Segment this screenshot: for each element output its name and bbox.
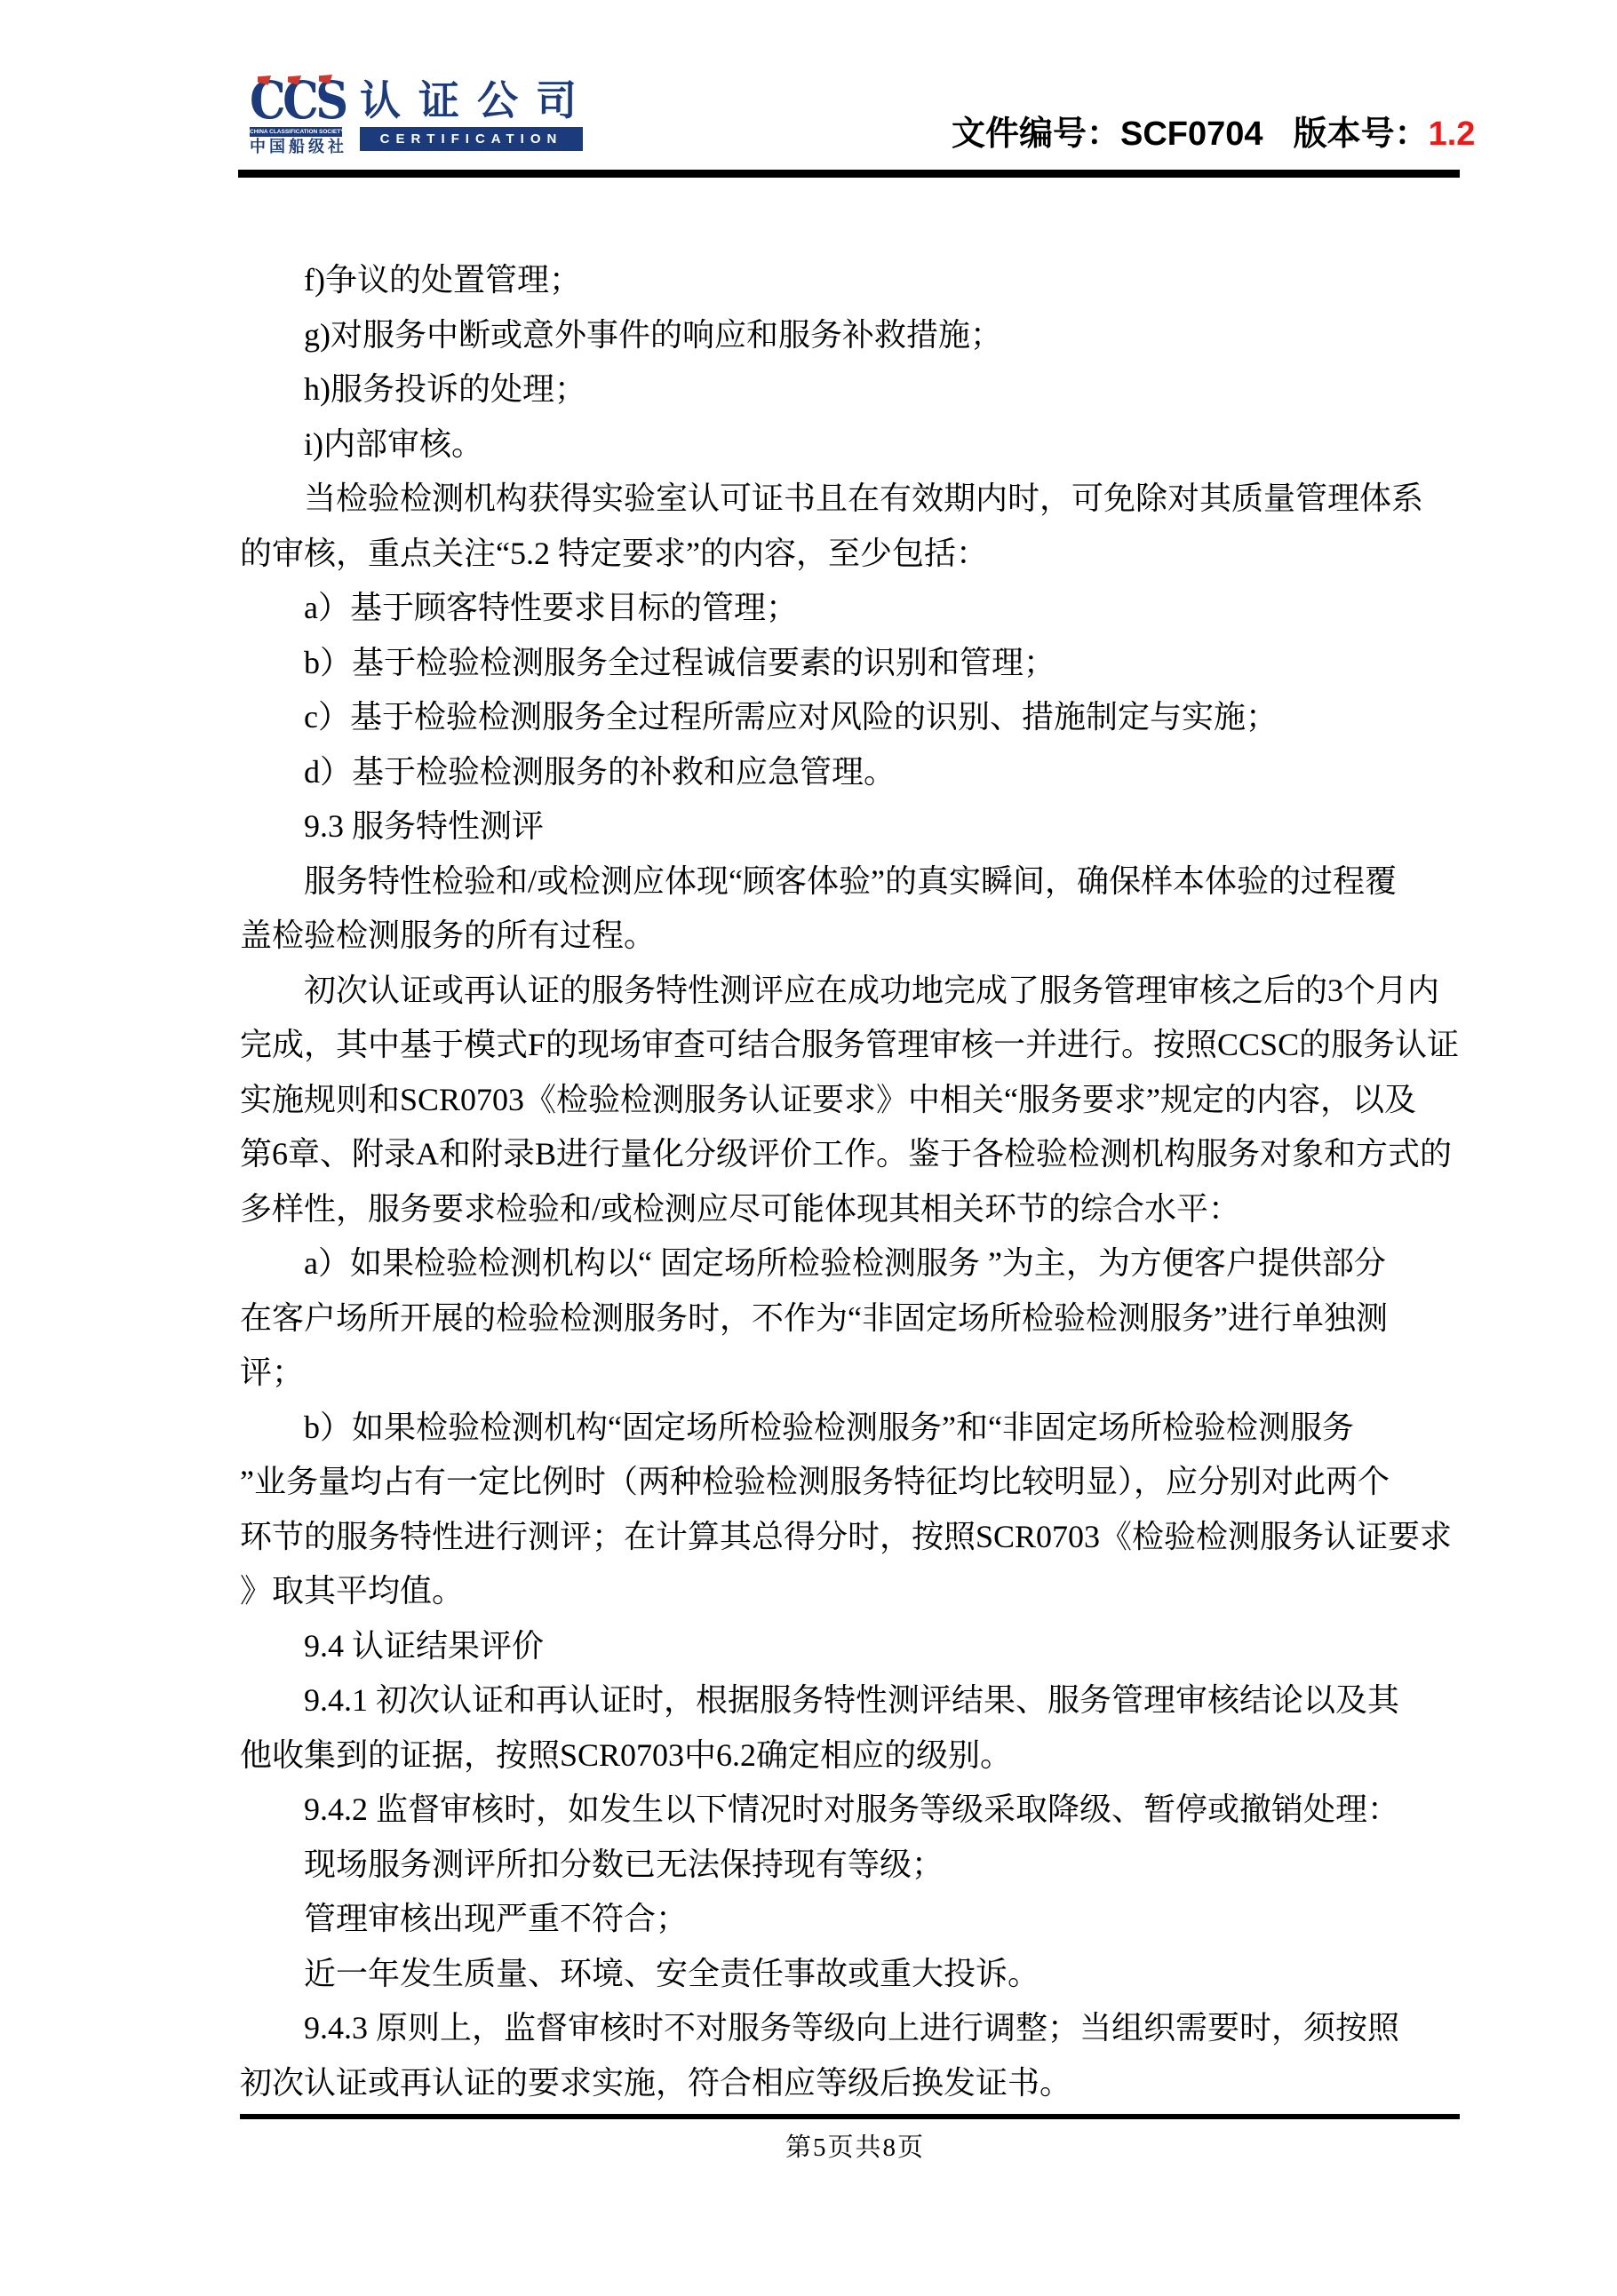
body-line: f)争议的处置管理； — [240, 253, 1473, 308]
doc-meta: 文件编号：SCF0704版本号：1.2 — [952, 114, 1475, 155]
ccs-wordmark: CCS — [250, 78, 342, 123]
body-line: 9.3 服务特性测评 — [240, 799, 1473, 854]
footer-rule — [240, 2114, 1460, 2119]
document-page: CCS 认证公司 CHINA CLASSIFICATION SOCIETY 中国… — [0, 0, 1617, 2296]
body-line: 环节的服务特性进行测评；在计算其总得分时，按照SCR0703《检验检测服务认证要… — [240, 1510, 1473, 1565]
body-line: 现场服务测评所扣分数已无法保持现有等级； — [240, 1838, 1473, 1893]
body-line: h)服务投诉的处理； — [240, 362, 1473, 417]
body-line: 在客户场所开展的检验检测服务时，不作为“非固定场所检验检测服务”进行单独测 — [240, 1291, 1473, 1347]
version-label: 版本号： — [1294, 115, 1429, 153]
body-line: 第6章、附录A和附录B进行量化分级评价工作。鉴于各检验检测机构服务对象和方式的 — [240, 1127, 1473, 1182]
body-line: d）基于检验检测服务的补救和应急管理。 — [240, 745, 1473, 800]
logo-top-row: CCS 认证公司 — [250, 78, 594, 123]
body-line: a）基于顾客特性要求目标的管理； — [240, 581, 1473, 636]
body-line: a）如果检验检测机构以“ 固定场所检验检测服务 ”为主，为方便客户提供部分 — [240, 1236, 1473, 1291]
body-line: 9.4.1 初次认证和再认证时，根据服务特性测评结果、服务管理审核结论以及其 — [240, 1673, 1473, 1728]
body-line: 》取其平均值。 — [240, 1564, 1473, 1619]
body-line: 评； — [240, 1346, 1473, 1401]
doc-number-label: 文件编号： — [952, 115, 1120, 153]
body-line: 近一年发生质量、环境、安全责任事故或重大投诉。 — [240, 1947, 1473, 2002]
body-line: 初次认证或再认证的要求实施，符合相应等级后换发证书。 — [240, 2056, 1473, 2111]
version-value: 1.2 — [1429, 115, 1476, 153]
body-line: 完成，其中基于模式F的现场审查可结合服务管理审核一并进行。按照CCSC的服务认证 — [240, 1018, 1473, 1073]
company-name-cn: 认证公司 — [360, 78, 594, 123]
body-line: 盖检验检测服务的所有过程。 — [240, 909, 1473, 964]
society-name-cn: 中国船级社 — [250, 138, 342, 155]
body-line: 的审核，重点关注“5.2 特定要求”的内容，至少包括： — [240, 527, 1473, 582]
body-line: 实施规则和SCR0703《检验检测服务认证要求》中相关“服务要求”规定的内容，以… — [240, 1073, 1473, 1128]
body-line: b）如果检验检测机构“固定场所检验检测服务”和“非固定场所检验检测服务 — [240, 1401, 1473, 1456]
body-line: i)内部审核。 — [240, 417, 1473, 473]
body-line: b）基于检验检测服务全过程诚信要素的识别和管理； — [240, 636, 1473, 691]
body-line: 多样性，服务要求检验和/或检测应尽可能体现其相关环节的综合水平： — [240, 1182, 1473, 1237]
body-line: 他收集到的证据，按照SCR0703中6.2确定相应的级别。 — [240, 1728, 1473, 1784]
certification-label: CERTIFICATION — [360, 127, 583, 151]
body-line: g)对服务中断或意外事件的响应和服务补救措施； — [240, 308, 1473, 363]
body-line: 9.4.3 原则上，监督审核时不对服务等级向上进行调整；当组织需要时，须按照 — [240, 2001, 1473, 2056]
page-number: 第5页共8页 — [240, 2130, 1470, 2165]
body-line: 初次认证或再认证的服务特性测评应在成功地完成了服务管理审核之后的3个月内 — [240, 964, 1473, 1019]
body-line: 管理审核出现严重不符合； — [240, 1892, 1473, 1947]
body-line: 9.4.2 监督审核时，如发生以下情况时对服务等级采取降级、暂停或撤销处理： — [240, 1783, 1473, 1838]
header-rule — [238, 170, 1460, 178]
logo-bottom-row: CHINA CLASSIFICATION SOCIETY 中国船级社 CERTI… — [250, 127, 594, 155]
document-body: f)争议的处置管理；g)对服务中断或意外事件的响应和服务补救措施；h)服务投诉的… — [240, 253, 1473, 2110]
body-line: 9.4 认证结果评价 — [240, 1619, 1473, 1674]
ccs-logo: CCS 认证公司 CHINA CLASSIFICATION SOCIETY 中国… — [250, 78, 594, 155]
body-line: c）基于检验检测服务全过程所需应对风险的识别、措施制定与实施； — [240, 690, 1473, 745]
body-line: 当检验检测机构获得实验室认可证书且在有效期内时，可免除对其质量管理体系 — [240, 472, 1473, 527]
society-block: CHINA CLASSIFICATION SOCIETY 中国船级社 — [250, 127, 342, 155]
body-line: 服务特性检验和/或检测应体现“顾客体验”的真实瞬间，确保样本体验的过程覆 — [240, 854, 1473, 910]
doc-number-value: SCF0704 — [1120, 115, 1263, 153]
body-line: ”业务量均占有一定比例时（两种检验检测服务特征均比较明显），应分别对此两个 — [240, 1455, 1473, 1510]
